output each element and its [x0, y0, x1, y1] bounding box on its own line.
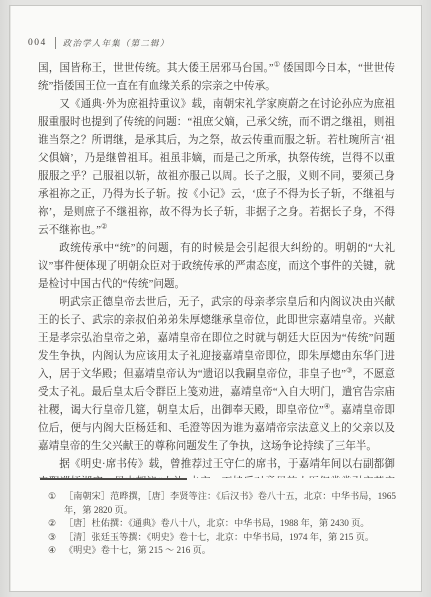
- footnote-item: ④《明史》卷十七，第 215 ～ 216 页。: [48, 544, 396, 558]
- footnote-marker: ④: [48, 544, 56, 558]
- footnote-ref: ③: [346, 366, 352, 374]
- book-page: 004 政治学人年集（第二辑） 国，国皆称王，世世传统。其大倭王居邪马台国。”①…: [9, 5, 422, 592]
- footnote-ref: ②: [101, 222, 107, 230]
- footnote-marker: ②: [48, 517, 56, 531]
- page-number: 004: [28, 38, 47, 48]
- paragraph: 明武宗正德皇帝去世后，无子，武宗的母亲孝宗皇后和内阁议决由兴献王的长子、武宗的亲…: [38, 294, 395, 456]
- footnote-text: 《明史》卷十七，第 215 ～ 216 页。: [64, 545, 211, 555]
- footnote-ref: ①: [274, 60, 281, 68]
- footnote-text: ［清］张廷玉等撰：《明史》卷十七，北京：中华书局，1974 年，第 215 页。: [64, 532, 374, 542]
- footnote-marker: ①: [48, 490, 56, 504]
- paragraph: 政统传承中“统”的问题，有的时候是会引起很大纠纷的。明朝的“大礼议”事件便体现了…: [38, 240, 395, 294]
- page-header: 004 政治学人年集（第二辑）: [28, 37, 169, 49]
- footnote-marker: ③: [48, 531, 56, 545]
- footnote-ref: ④: [324, 402, 331, 410]
- paragraph: 又《通典·外为庶祖持重议》载，南朝宋礼学家庾蔚之在讨论孙应为庶祖服重服时也提到了…: [38, 96, 395, 240]
- header-divider: [55, 37, 56, 49]
- footnote-list: ①［南朝宋］范晔撰，［唐］李贤等注：《后汉书》卷八十五，北京：中华书局，1965…: [48, 490, 396, 558]
- footnote-text: ［南朝宋］范晔撰，［唐］李贤等注：《后汉书》卷八十五，北京：中华书局，1965 …: [64, 491, 396, 515]
- footnote-item: ③［清］张廷玉等撰：《明史》卷十七，北京：中华书局，1974 年，第 215 页…: [48, 531, 396, 545]
- paragraph: 国，国皆称王，世世传统。其大倭王居邪马台国。”① 倭国即今日本，“世世传统”指倭…: [38, 60, 395, 96]
- footnote-item: ②［唐］杜佑撰：《通典》卷八十八，北京：中华书局，1988 年，第 2430 页…: [48, 517, 396, 531]
- footnote-text: ［唐］杜佑撰：《通典》卷八十八，北京：中华书局，1988 年，第 2430 页。: [64, 518, 369, 528]
- book-title: 政治学人年集（第二辑）: [63, 37, 170, 49]
- body-text: 国，国皆称王，世世传统。其大倭王居邪马台国。”① 倭国即今日本，“世世传统”指倭…: [38, 60, 395, 478]
- footnote-item: ①［南朝宋］范晔撰，［唐］李贤等注：《后汉书》卷八十五，北京：中华书局，1965…: [48, 490, 396, 517]
- footnote-separator: [40, 478, 187, 480]
- paragraph: 据《明史·席书传》载，曾推荐过王守仁的席书，于嘉靖年间以右副都御史职巡抚湖广，见…: [38, 456, 395, 478]
